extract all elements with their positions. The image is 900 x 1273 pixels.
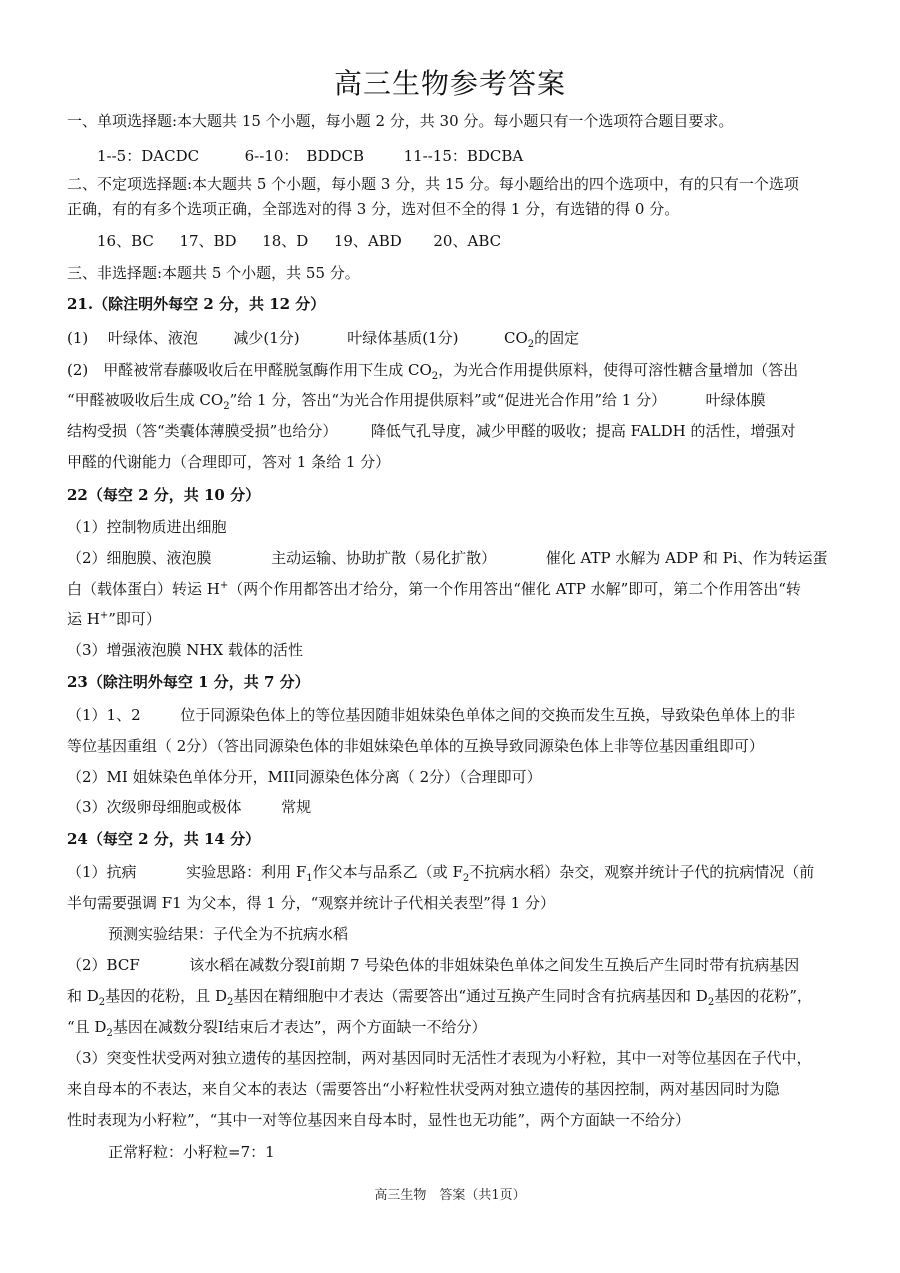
answer-text: ，为光合作用提供原料，使得可溶性糖含量增加（答出: [438, 361, 798, 379]
section3-heading: 三、非选择题:本题共 5 个小题，共 55 分。: [67, 263, 837, 283]
section1-heading: 一、单项选择题:本大题共 15 个小题，每小题 2 分，共 30 分。每小题只有…: [67, 111, 837, 131]
answer-num: 20、: [433, 232, 467, 250]
q23-part3: （3）次级卵母细胞或极体 常规: [67, 797, 837, 817]
answer-text: ”即可）: [108, 610, 161, 628]
q24-part3-line1: （3）突变性状受两对独立遗传的基因控制，两对基因同时无活性才表现为小籽粒，其中一…: [67, 1048, 837, 1068]
answer-text: 减少(1分): [233, 329, 299, 347]
q24-part3-line2: 来自母本的不表达，来自父本的表达（需要答出“小籽粒性状受两对独立遗传的基因控制，…: [67, 1079, 837, 1099]
q24-part2-line3: “且 D2基因在减数分裂Ⅰ结束后才表达”，两个方面缺一不给分）: [67, 1017, 837, 1037]
q24-part1-line1: （1）抗病 实验思路：利用 F1作父本与品系乙（或 F2不抗病水稻）杂交，观察并…: [67, 862, 837, 882]
answer-range: 11--15：: [404, 147, 467, 165]
q22-part3: （3）增强液泡膜 NHX 载体的活性: [67, 640, 837, 660]
answer-text: （1）抗病: [67, 863, 137, 881]
answer-text: 和 D: [67, 987, 99, 1005]
answer-text: 基因在精细胞中才表达（需要答出“通过互换产生同时含有抗病基因和 D: [233, 987, 707, 1005]
q24-part3-line3: 性时表现为小籽粒”，“其中一对等位基因来自母本时，显性也无功能”，两个方面缺一不…: [67, 1110, 837, 1130]
answer-num: 16、: [97, 232, 131, 250]
section2-answers: 16、BC 17、BD 18、D 19、ABD 20、ABC: [97, 231, 867, 251]
answer-value: BC: [131, 232, 154, 250]
answer-text: （1）1、2: [67, 706, 141, 724]
answer-value: ABD: [368, 232, 402, 250]
answer-text: 降低气孔导度，减少甲醛的吸收；提高 FALDH 的活性，增强对: [371, 422, 796, 440]
answer-text: 主动运输、协助扩散（易化扩散）: [271, 549, 496, 567]
answer-num: 17、: [179, 232, 213, 250]
q24-part2-line1: （2）BCF 该水稻在减数分裂Ⅰ前期 7 号染色体的非姐妹染色单体之间发生互换后…: [67, 955, 837, 975]
q24-part2-line2: 和 D2基因的花粉，且 D2基因在精细胞中才表达（需要答出“通过互换产生同时含有…: [67, 986, 837, 1006]
answer-value: BDCBA: [467, 147, 523, 165]
page-footer: 高三生物 答案（共1页）: [0, 1184, 900, 1203]
section2-heading-line1: 二、不定项选择题:本大题共 5 个小题，每小题 3 分，共 15 分。每小题给出…: [67, 174, 837, 194]
q22-part1: （1）控制物质进出细胞: [67, 517, 837, 537]
q21-heading: 21.（除注明外每空 2 分，共 12 分）: [67, 294, 837, 314]
answer-text: (2) 甲醛被常春藤吸收后在甲醛脱氢酶作用下生成 CO: [67, 361, 432, 379]
q22-part2-line3: 运 H+”即可）: [67, 609, 837, 629]
answer-text: 白（载体蛋白）转运 H: [67, 580, 220, 598]
answer-text: 该水稻在减数分裂Ⅰ前期 7 号染色体的非姐妹染色单体之间发生互换后产生同时带有抗…: [189, 956, 799, 974]
q21-part2-line1: (2) 甲醛被常春藤吸收后在甲醛脱氢酶作用下生成 CO2，为光合作用提供原料，使…: [67, 360, 837, 380]
superscript: +: [220, 580, 228, 591]
answer-text: （2）细胞膜、液泡膜: [67, 549, 212, 567]
answer-text: 催化 ATP 水解为 ADP 和 Pi、作为转运蛋: [546, 549, 828, 567]
answer-num: 19、: [334, 232, 368, 250]
q21-part2-line2: “甲醛被吸收后生成 CO2”给 1 分，答出“为光合作用提供原料”或“促进光合作…: [67, 390, 837, 410]
answer-text: 作父本与品系乙（或 F: [313, 863, 463, 881]
q21-part1: (1) 叶绿体、液泡 减少(1分) 叶绿体基质(1分) CO2的固定: [67, 328, 837, 348]
answer-text: ”给 1 分，答出“为光合作用提供原料”或“促进光合作用”给 1 分）: [230, 391, 667, 409]
answer-text: 常规: [281, 798, 311, 816]
answer-value: D: [296, 232, 308, 250]
q24-heading: 24（每空 2 分，共 14 分）: [67, 829, 837, 849]
q24-part3-ratio: 正常籽粒：小籽粒=7：1: [108, 1142, 878, 1162]
q23-part1-line2: 等位基因重组（ 2分）（答出同源染色体的非姐妹染色单体的互换导致同源染色体上非等…: [67, 736, 837, 756]
answer-value: ABC: [467, 232, 501, 250]
q22-part2-line2: 白（载体蛋白）转运 H+（两个作用都答出才给分，第一个作用答出“催化 ATP 水…: [67, 579, 837, 599]
answer-text: （2）BCF: [67, 956, 140, 974]
answer-text: 运 H: [67, 610, 100, 628]
superscript: +: [100, 610, 108, 621]
q24-part1-prediction: 预测实验结果：子代全为不抗病水稻: [108, 924, 878, 944]
answer-text: CO: [504, 329, 528, 347]
answer-text: （3）次级卵母细胞或极体: [67, 798, 242, 816]
answer-text: 叶绿体、液泡: [108, 329, 198, 347]
q21-part2-line3: 结构受损（答“类囊体薄膜受损”也给分） 降低气孔导度，减少甲醛的吸收；提高 FA…: [67, 421, 837, 441]
q23-heading: 23（除注明外每空 1 分，共 7 分）: [67, 672, 837, 692]
answer-text: 位于同源染色体上的等位基因随非姐妹染色单体之间的交换而发生互换，导致染色单体上的…: [180, 706, 795, 724]
answer-value: BDDCB: [306, 147, 364, 165]
answer-range: 6--10：: [245, 147, 299, 165]
q24-part1-line2: 半句需要强调 F1 为父本，得 1 分，“观察并统计子代相关表型”得 1 分）: [67, 893, 837, 913]
answer-value: BD: [214, 232, 237, 250]
part-label: (1): [67, 329, 88, 347]
answer-text: （两个作用都答出才给分，第一个作用答出“催化 ATP 水解”即可，第二个作用答出…: [228, 580, 801, 598]
q22-heading: 22（每空 2 分，共 10 分）: [67, 485, 837, 505]
answer-text: “甲醛被吸收后生成 CO: [67, 391, 223, 409]
answer-range: 1--5：: [97, 147, 141, 165]
answer-sheet-page: 高三生物参考答案 一、单项选择题:本大题共 15 个小题，每小题 2 分，共 3…: [0, 0, 900, 1273]
answer-text: 叶绿体膜: [706, 391, 766, 409]
q22-part2-line1: （2）细胞膜、液泡膜 主动运输、协助扩散（易化扩散） 催化 ATP 水解为 AD…: [67, 548, 837, 568]
answer-num: 18、: [262, 232, 296, 250]
answer-text: 基因的花粉”，: [714, 987, 812, 1005]
answer-text: 实验思路：利用 F: [186, 863, 306, 881]
answer-text: 基因在减数分裂Ⅰ结束后才表达”，两个方面缺一不给分）: [113, 1018, 487, 1036]
answer-text: 基因的花粉，且 D: [105, 987, 227, 1005]
answer-value: DACDC: [141, 147, 199, 165]
answer-text: 结构受损（答“类囊体薄膜受损”也给分）: [67, 422, 337, 440]
section2-heading-line2: 正确，有的有多个选项正确，全部选对的得 3 分，选对但不全的得 1 分，有选错的…: [67, 199, 837, 219]
q21-part2-line4: 甲醛的代谢能力（合理即可，答对 1 条给 1 分）: [67, 452, 837, 472]
answer-text: 的固定: [534, 329, 579, 347]
section1-answers: 1--5：DACDC 6--10：BDDCB 11--15：BDCBA: [97, 146, 867, 166]
answer-text: 不抗病水稻）杂交，观察并统计子代的抗病情况（前: [469, 863, 814, 881]
q23-part1-line1: （1）1、2 位于同源染色体上的等位基因随非姐妹染色单体之间的交换而发生互换，导…: [67, 705, 837, 725]
page-title: 高三生物参考答案: [0, 62, 900, 102]
answer-text: “且 D: [67, 1018, 106, 1036]
q23-part2: （2）MI 姐妹染色单体分开，MII同源染色体分离（ 2分）（合理即可）: [67, 767, 837, 787]
answer-text: 叶绿体基质(1分): [347, 329, 458, 347]
